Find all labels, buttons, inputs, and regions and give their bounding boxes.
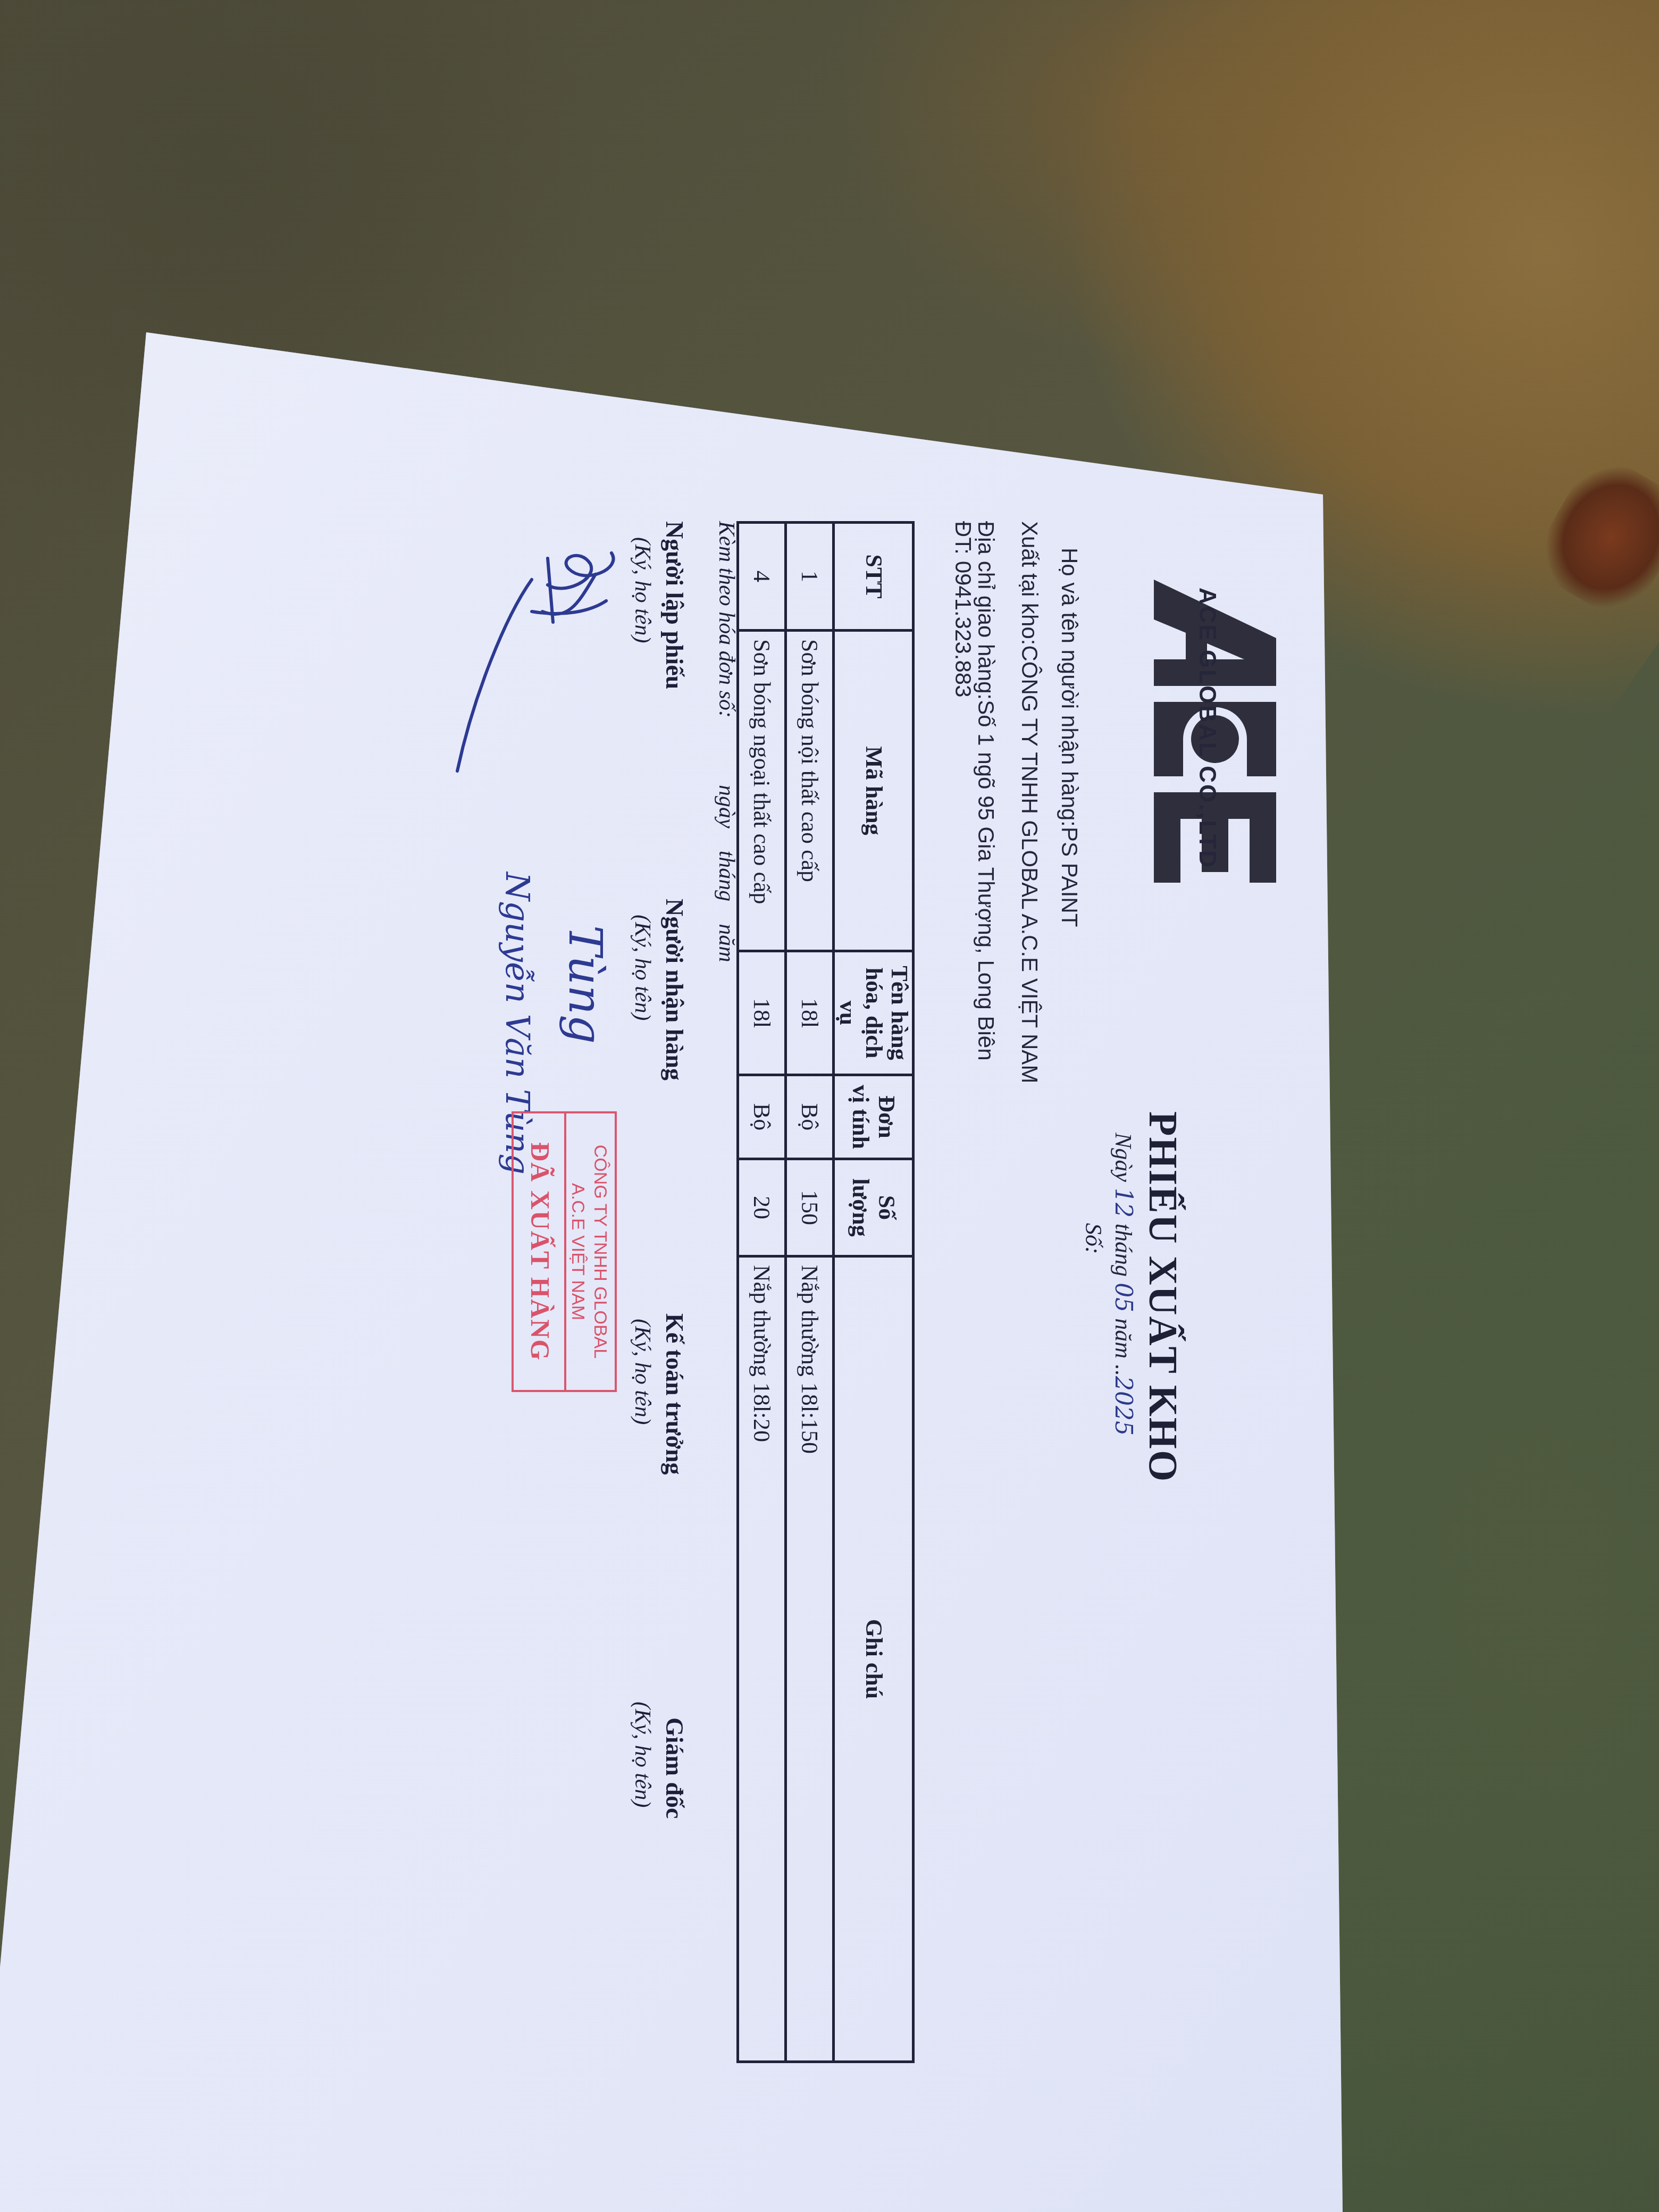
preparer-signature-icon: [452, 537, 627, 782]
header-ten-hang: Tên hàng hóa, dịch vụ: [833, 951, 913, 1075]
header-don-vi: Đơn vị tính: [833, 1075, 913, 1159]
address-line: Địa chỉ giao hàng:Số 1 ngõ 95 Gia Thượng…: [973, 521, 999, 1061]
table-row: 1 Sơn bóng nội thất cao cấp 18l Bộ 150 N…: [785, 523, 833, 2062]
header-ma-hang: Mã hàng: [833, 631, 913, 951]
stamp-line1: CÔNG TY TNHH GLOBAL: [589, 1113, 611, 1390]
receiver-signature: Tùng: [558, 925, 611, 1044]
stamp-line3: ĐÃ XUẤT HÀNG: [516, 1113, 564, 1390]
cell-so-luong: 150: [785, 1159, 833, 1256]
date-year: 2025: [1110, 1376, 1137, 1436]
stamp-line2: A.C.E VIỆT NAM: [567, 1113, 589, 1390]
attachment-line: Kèm theo hóa đơn số: ngày tháng năm: [714, 521, 739, 962]
header-so-luong: Số lượng: [833, 1159, 913, 1256]
signature-title-receiver: Người nhận hàng: [660, 899, 689, 1080]
recipient-line: Họ và tên người nhận hàng:PS PAINT: [1057, 548, 1082, 927]
signature-title-chief-accountant: Kế toán trưởng: [660, 1313, 689, 1475]
signature-note-receiver: (Ký, họ tên): [630, 915, 655, 1020]
cell-stt: 4: [738, 523, 785, 631]
document-title: PHIẾU XUẤT KHO: [1139, 1111, 1186, 1482]
cell-don-vi: Bộ: [785, 1075, 833, 1159]
month-label: tháng: [1110, 1224, 1136, 1277]
signature-title-director: Giám đốc: [660, 1717, 689, 1819]
signature-note-chief-accountant: (Ký, họ tên): [630, 1319, 655, 1425]
export-slip-document: ACE GLOBAL CO.,LTD PHIẾU XUẤT KHO Ngày 1…: [128, 346, 1324, 2207]
items-table: STT Mã hàng Tên hàng hóa, dịch vụ Đơn vị…: [736, 521, 915, 2063]
cell-ma-hang: Sơn bóng ngoại thất cao cấp: [738, 631, 785, 951]
signature-note-preparer: (Ký, họ tên): [630, 537, 655, 643]
date-line: Ngày 12 tháng 05 năm ..2025: [1110, 1133, 1137, 1436]
warehouse-line: Xuất tại kho:CÔNG TY TNHH GLOBAL A.C.E V…: [1017, 521, 1042, 1083]
cell-ten-hang: 18l: [738, 951, 785, 1075]
cell-don-vi: Bộ: [738, 1075, 785, 1159]
shipped-stamp: CÔNG TY TNHH GLOBAL A.C.E VIỆT NAM ĐÃ XU…: [512, 1111, 617, 1392]
document-number: Số:: [1080, 1223, 1107, 1254]
date-month: 05: [1110, 1283, 1137, 1312]
table-header-row: STT Mã hàng Tên hàng hóa, dịch vụ Đơn vị…: [833, 523, 913, 2062]
table-row: 4 Sơn bóng ngoại thất cao cấp 18l Bộ 20 …: [738, 523, 785, 2062]
date-day: 12: [1110, 1188, 1137, 1218]
cell-ghi-chu: Nắp thường 18l:150: [785, 1256, 833, 2062]
cell-ten-hang: 18l: [785, 951, 833, 1075]
signature-title-preparer: Người lập phiếu: [660, 521, 689, 689]
year-label: năm: [1110, 1318, 1136, 1359]
cell-ma-hang: Sơn bóng nội thất cao cấp: [785, 631, 833, 951]
header-stt: STT: [833, 523, 913, 631]
cell-so-luong: 20: [738, 1159, 785, 1256]
cell-stt: 1: [785, 523, 833, 631]
header-ghi-chu: Ghi chú: [833, 1256, 913, 2062]
date-prefix: Ngày: [1110, 1133, 1136, 1182]
company-name-logo: ACE GLOBAL CO.,LTD: [1194, 588, 1220, 869]
cell-ghi-chu: Nắp thường 18l:20: [738, 1256, 785, 2062]
signature-note-director: (Ký, họ tên): [630, 1702, 655, 1807]
phone-line: ĐT: 0941.323.883: [950, 521, 976, 698]
